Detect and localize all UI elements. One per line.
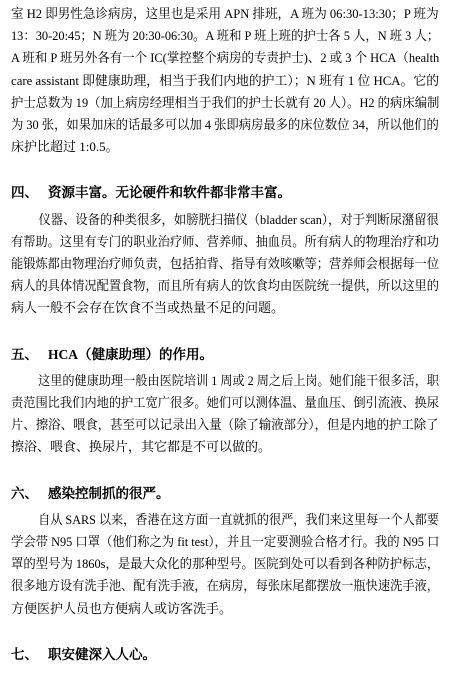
section-title: HCA（健康助理）的作用。 <box>48 347 213 362</box>
section-heading-4-resources: 四、资源丰富。无论硬件和软件都非常丰富。 <box>11 182 439 204</box>
section-heading-6-infection-control: 六、感染控制抓的很严。 <box>11 483 439 505</box>
text-line: 为 30 张，如果加床的话最多可以加 4 张即病房最多的床位数位 34，所以他们… <box>11 114 416 136</box>
section-title: 感染控制抓的很严。 <box>48 486 170 501</box>
paragraph-infection-control: 自从 SARS 以来，香港在这方面一直就抓的很严，我们来这里每一个人都要 学会带… <box>11 509 439 620</box>
paragraph-ward-h2: 室 H2 即男性急诊病房，这里也是采用 APN 排班，A 班为 06:30-13… <box>11 3 439 158</box>
text-line: 罩的型号为 1860s，是最大众化的那种型号。医院到处可以看到各种防护标志， <box>11 553 418 575</box>
text-line: 这里的健康助理一般由医院培训 1 周或 2 周之后上岗。她们能干很多活，职 <box>11 370 411 392</box>
section-number: 五、 <box>11 347 38 362</box>
text-line: 学会带 N95 口罩（他们称之为 fit test），并且一定要测验合格才行。我… <box>11 531 417 553</box>
text-line: 自从 SARS 以来，香港在这方面一直就抓的很严，我们来这里每一个人都要 <box>11 509 411 531</box>
section-heading-5-hca-role: 五、HCA（健康助理）的作用。 <box>11 344 439 366</box>
text-line: 擦浴、喂食、换尿片，其它都是不可以做的。 <box>11 436 439 458</box>
text-line: 片、擦浴、喂食，甚至可以记录出入量（除了输液部分），但是内地的护工除了 <box>11 414 419 436</box>
text-line: 有帮助。这里有专门的职业治疗师、营养师、抽血员。所有病人的物理治疗和功 <box>11 231 414 253</box>
paragraph-resources: 仪器、设备的种类很多，如膀胱扫描仪（bladder scan），对于判断尿潴留很… <box>11 209 439 320</box>
text-line: 室 H2 即男性急诊病房，这里也是采用 APN 排班，A 班为 06:30-13… <box>11 3 425 25</box>
text-line: 床护比超过 1:0.5。 <box>11 136 439 158</box>
section-number: 六、 <box>11 486 38 501</box>
text-line: 13：30-20:45；N 班为 20:30-06:30。A 班和 P 班上班的… <box>11 25 418 47</box>
text-line: 责范围比我们内地的护工宽广很多。她们可以测体温、量血压、倒引流液、换尿 <box>11 392 414 414</box>
paragraph-hca-role: 这里的健康助理一般由医院培训 1 周或 2 周之后上岗。她们能干很多活，职 责范… <box>11 370 439 459</box>
section-number: 七、 <box>11 647 38 662</box>
text-line: 方便医护人员也方便病人或访客洗手。 <box>11 598 439 620</box>
section-heading-7-occupational-safety: 七、职安健深入人心。 <box>11 644 439 666</box>
section-number: 四、 <box>11 185 38 200</box>
section-title: 职安健深入人心。 <box>48 647 156 662</box>
section-title: 资源丰富。无论硬件和软件都非常丰富。 <box>48 185 291 200</box>
text-line: 病人一般不会存在饮食不当或热量不足的问题。 <box>11 297 439 319</box>
text-line: A 班和 P 班另外各有一个 IC(掌控整个病房的专责护士)、2 或 3 个 H… <box>11 47 421 69</box>
text-line: care assistant 即健康助理，相当于我们内地的护工）；N 班有 1 … <box>11 70 433 92</box>
text-line: 护士总数为 19（加上病房经理相当于我们的护士长就有 20 人）。H2 的病床编… <box>11 92 417 114</box>
text-line: 病人的具体情况配置食物，而且所有病人的饮食均由医院统一提供，所以这里的 <box>11 275 414 297</box>
document-page: 室 H2 即男性急诊病房，这里也是采用 APN 排班，A 班为 06:30-13… <box>0 0 451 681</box>
text-line: 能锻炼都由物理治疗师负责，包括拍背、指导有效咳嗽等；营养师会根据每一位 <box>11 253 414 275</box>
text-line: 很多地方设有洗手池、配有洗手液，在病房，每张床尾都摆放一瓶快速洗手液， <box>11 575 414 597</box>
text-line: 仪器、设备的种类很多，如膀胱扫描仪（bladder scan），对于判断尿潴留很 <box>11 209 416 231</box>
